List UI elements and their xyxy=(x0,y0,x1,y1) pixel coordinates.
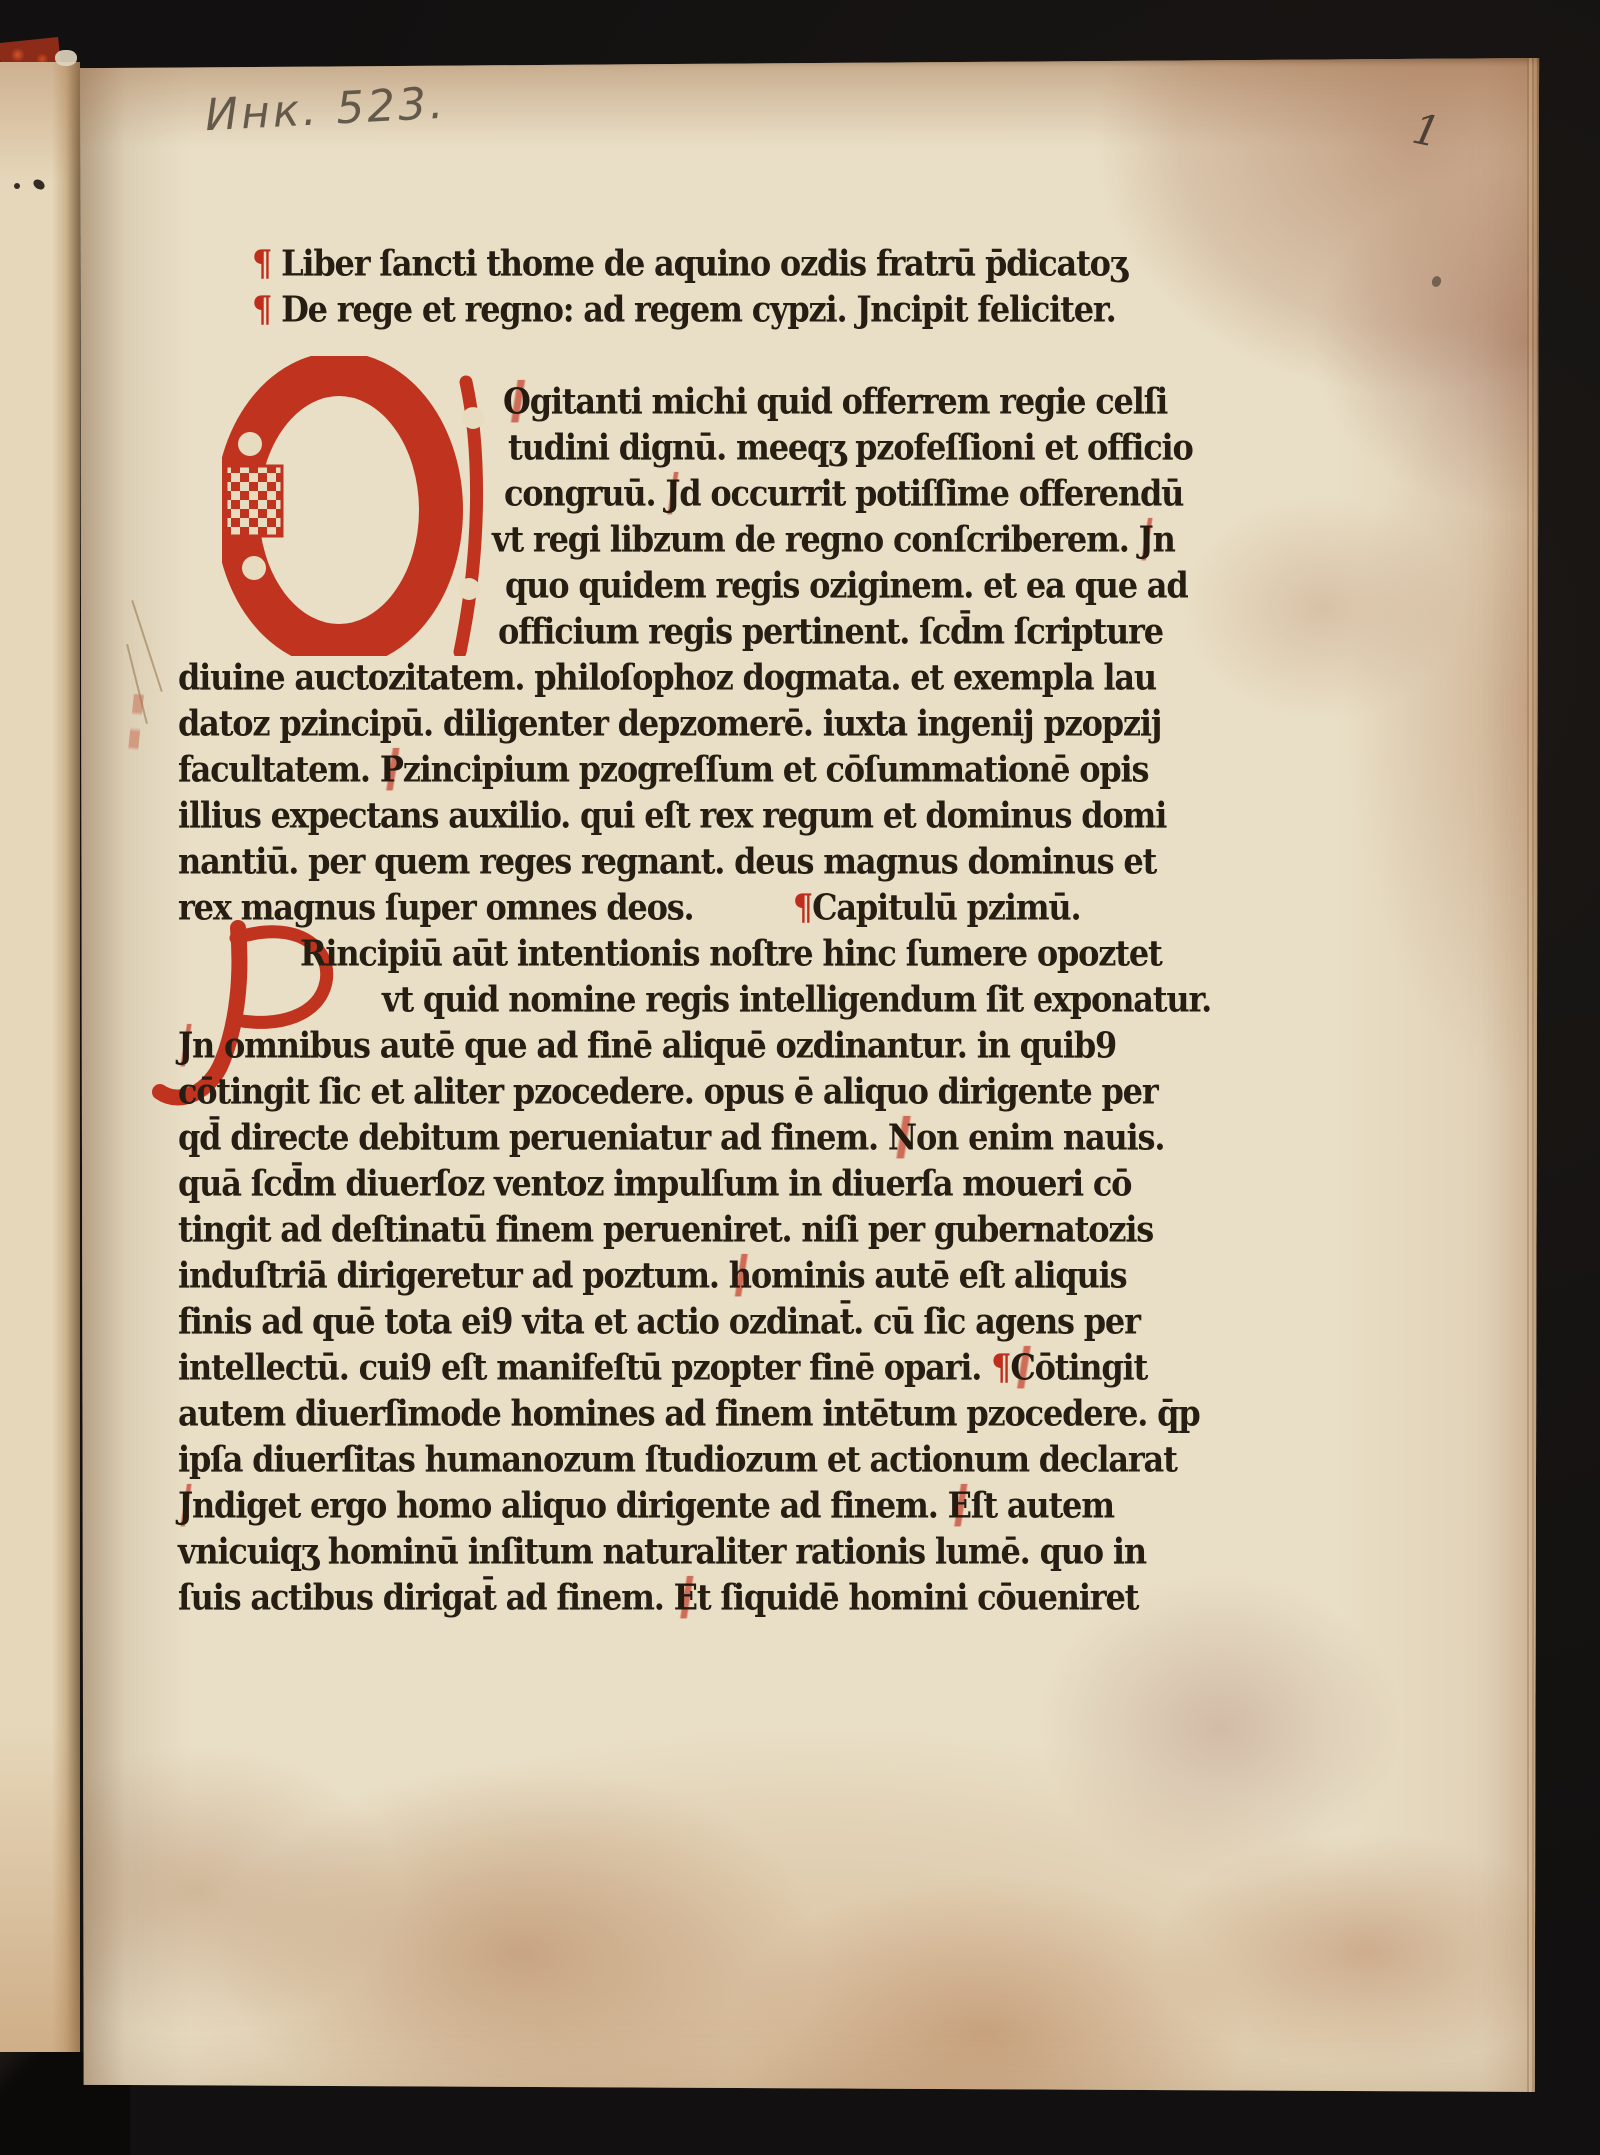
text-line: rex magnus ſuper omnes deos. ¶Capitulū p… xyxy=(178,887,1080,929)
text-segment: J xyxy=(178,1024,192,1067)
pilcrow-mark: ¶ xyxy=(991,1346,1010,1389)
photo-background: Инк. 523. 1 xyxy=(0,0,1600,2155)
text-segment: N xyxy=(888,1116,916,1159)
text-segment: d occurrit potiſſime offerendū xyxy=(679,472,1183,515)
text-segment: ndiget ergo homo aliquo dirigente ad fin… xyxy=(192,1484,948,1527)
text-line: finis ad quē tota ei9 vita et actio ozdi… xyxy=(178,1301,1140,1343)
text-segment: induſtriā dirigeretur ad poztum. xyxy=(178,1254,729,1297)
text-line: intellectū. cui9 eſt manifeſtū pzopter f… xyxy=(178,1347,1147,1389)
text-segment: illius expectans auxilio. qui eſt rex re… xyxy=(178,794,1166,837)
text-segment: J xyxy=(178,1484,192,1527)
text-segment: officium regis pertinent. ſcd̄m ſcriptur… xyxy=(498,610,1163,653)
text-line: facultatem. Pzincipium pzogreſſum et cōſ… xyxy=(178,749,1148,791)
text-line: congruū. Jd occurrit potiſſime offerendū xyxy=(504,473,1183,515)
text-line: qd̄ directe debitum perueniatur ad finem… xyxy=(178,1117,1164,1159)
text-segment: Liber ſancti thome de aquino ozdis fratr… xyxy=(281,242,1127,285)
text-segment: qd̄ directe debitum perueniatur ad finem… xyxy=(178,1116,888,1159)
text-segment: vt regi libzum de regno conſcriberem. xyxy=(492,518,1139,561)
text-line: cōtingit ſic et aliter pzocedere. opus ē… xyxy=(178,1071,1158,1113)
text-segment: ſuis actibus dirigat̄ ad finem. xyxy=(178,1576,674,1619)
text-segment: on enim nauis. xyxy=(916,1116,1164,1159)
text-segment: De rege et regno: ad regem cypzi. Jncipi… xyxy=(281,288,1115,331)
text-segment: vt quid nomine regis intelligendum ſit e… xyxy=(382,978,1211,1021)
text-line: Jndiget ergo homo aliquo dirigente ad fi… xyxy=(178,1485,1114,1527)
text-line: nantiū. per quem reges regnant. deus mag… xyxy=(178,841,1156,883)
text-segment: n omnibus autē que ad finē aliquē ozdina… xyxy=(192,1024,1116,1067)
text-line: autem diuerſimode homines ad finem intēt… xyxy=(178,1393,1200,1435)
text-segment: quo quidem regis oziginem. et ea que ad xyxy=(505,564,1188,607)
text-line: datoz pzincipū. diligenter depzomerē. iu… xyxy=(178,703,1161,745)
text-segment: t ſiquidē homini cōueniret xyxy=(697,1576,1138,1619)
text-segment: diuine auctozitatem. philoſophoz dogmata… xyxy=(178,656,1156,699)
text-segment: facultatem. xyxy=(178,748,380,791)
text-line: vnicuiqʒ hominū inſitum naturaliter rati… xyxy=(178,1531,1146,1573)
ink-speck xyxy=(14,183,20,189)
text-segment: quā ſcd̄m diuerſoz ventoz impulſum in di… xyxy=(178,1162,1131,1205)
text-segment: ominis autē eſt aliquis xyxy=(751,1254,1127,1297)
text-segment: n xyxy=(1153,518,1175,561)
text-line: Ogitanti michi quid offerrem regie celſi xyxy=(503,381,1167,423)
text-segment: vnicuiqʒ hominū inſitum naturaliter rati… xyxy=(178,1530,1146,1573)
text-segment: intellectū. cui9 eſt manifeſtū pzopter f… xyxy=(178,1346,991,1389)
text-line: vt regi libzum de regno conſcriberem. Jn xyxy=(492,519,1175,561)
text-segment: J xyxy=(665,472,679,515)
text-segment: ſt autem xyxy=(971,1484,1114,1527)
text-segment xyxy=(693,886,792,929)
text-segment: rex magnus ſuper omnes deos. xyxy=(178,886,693,929)
text-line: illius expectans auxilio. qui eſt rex re… xyxy=(178,795,1166,837)
book-page: Инк. 523. 1 xyxy=(80,58,1542,2094)
text-segment: J xyxy=(1139,518,1153,561)
paper-fragment xyxy=(55,50,77,66)
text-line: induſtriā dirigeretur ad poztum. hominis… xyxy=(178,1255,1126,1297)
text-segment: nantiū. per quem reges regnant. deus mag… xyxy=(178,840,1156,883)
text-segment: autem diuerſimode homines ad finem intēt… xyxy=(178,1392,1200,1435)
text-block: ¶ Liber ſancti thome de aquino ozdis fra… xyxy=(80,58,1542,2094)
text-segment: congruū. xyxy=(504,472,665,515)
text-segment: tingit ad deſtinatū finem perueniret. ni… xyxy=(178,1208,1153,1251)
text-segment: datoz pzincipū. diligenter depzomerē. iu… xyxy=(178,702,1161,745)
text-line: diuine auctozitatem. philoſophoz dogmata… xyxy=(178,657,1156,699)
text-segment: finis ad quē tota ei9 vita et actio ozdi… xyxy=(178,1300,1140,1343)
facing-page-edge xyxy=(0,62,80,2064)
text-segment: cōtingit ſic et aliter pzocedere. opus ē… xyxy=(178,1070,1158,1113)
text-line: quā ſcd̄m diuerſoz ventoz impulſum in di… xyxy=(178,1163,1131,1205)
text-segment: zincipium pzogreſſum et cōſummationē opi… xyxy=(403,748,1149,791)
text-line: ſuis actibus dirigat̄ ad finem. Et ſiqui… xyxy=(178,1577,1138,1619)
pilcrow-mark: ¶ xyxy=(793,886,812,929)
text-line: vt quid nomine regis intelligendum ſit e… xyxy=(382,979,1211,1021)
text-line: quo quidem regis oziginem. et ea que ad xyxy=(505,565,1188,607)
text-line: tingit ad deſtinatū finem perueniret. ni… xyxy=(178,1209,1153,1251)
text-line: ipſa diuerſitas humanozum ſtudiozum et a… xyxy=(178,1439,1177,1481)
text-segment: E xyxy=(948,1484,971,1527)
pilcrow-mark: ¶ xyxy=(252,288,281,331)
text-segment: O xyxy=(503,380,530,423)
text-segment: gitanti michi quid offerrem regie celſi xyxy=(530,380,1167,423)
header-line-2: ¶ De rege et regno: ad regem cypzi. Jnci… xyxy=(252,289,1116,331)
text-segment: Capitulū pzimū. xyxy=(812,886,1080,929)
text-segment: Rincipiū aūt intentionis noſtre hinc ſum… xyxy=(300,932,1162,975)
text-line: Rincipiū aūt intentionis noſtre hinc ſum… xyxy=(300,933,1162,975)
text-segment: C xyxy=(1010,1346,1034,1389)
text-segment: ipſa diuerſitas humanozum ſtudiozum et a… xyxy=(178,1438,1177,1481)
text-line: tudini dignū. meeqʒ pzofeſſioni et offic… xyxy=(508,427,1193,469)
text-line: officium regis pertinent. ſcd̄m ſcriptur… xyxy=(498,611,1163,653)
text-segment: P xyxy=(380,748,403,791)
text-line: Jn omnibus autē que ad finē aliquē ozdin… xyxy=(178,1025,1116,1067)
header-line-1: ¶ Liber ſancti thome de aquino ozdis fra… xyxy=(252,243,1127,285)
pilcrow-mark: ¶ xyxy=(252,242,281,285)
text-segment: tudini dignū. meeqʒ pzofeſſioni et offic… xyxy=(508,426,1193,469)
text-segment: E xyxy=(674,1576,697,1619)
text-segment: ōtingit xyxy=(1035,1346,1147,1389)
text-segment: h xyxy=(729,1254,751,1297)
